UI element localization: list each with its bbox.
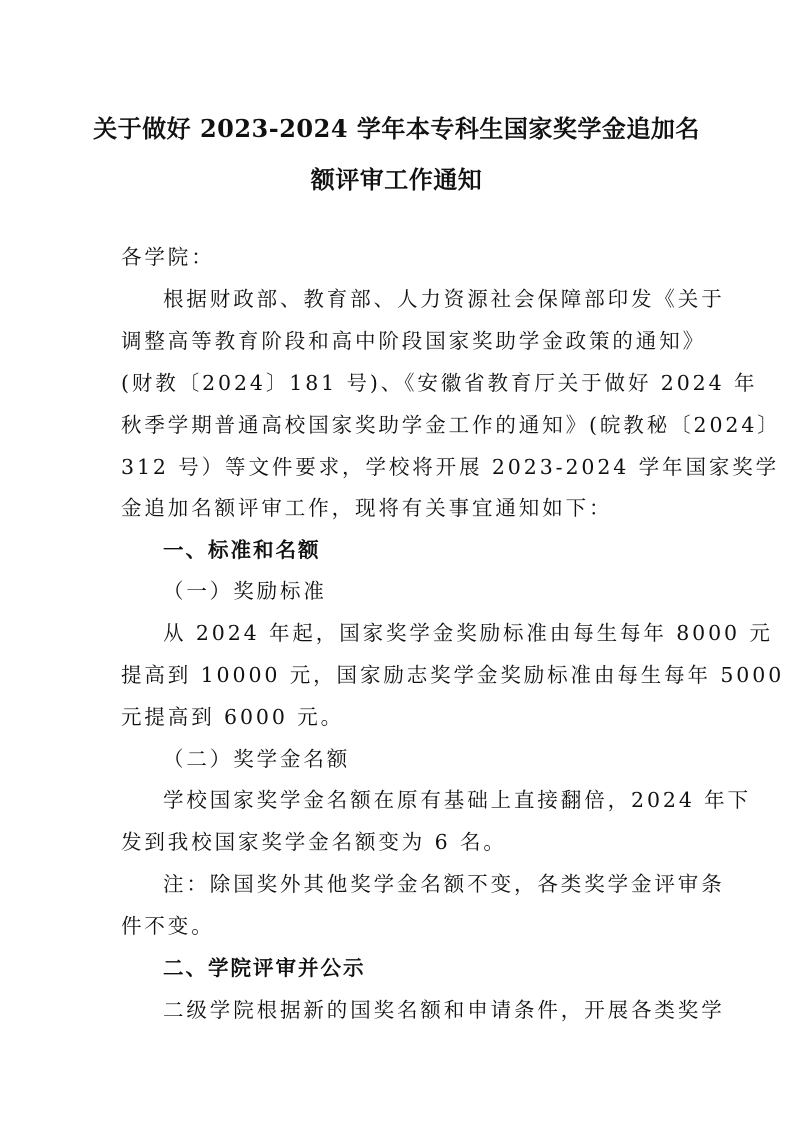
section-1-sub-2-line-1: 学校国家奖学金名额在原有基础上直接翻倍，2024 年下 — [163, 786, 751, 814]
intro-line-5: 312 号）等文件要求，学校将开展 2023-2024 学年国家奖学 — [121, 453, 779, 481]
section-1-note-line-1: 注：除国奖外其他奖学金名额不变，各类奖学金评审条 — [163, 870, 725, 898]
intro-line-1: 根据财政部、教育部、人力资源社会保障部印发《关于 — [163, 285, 725, 313]
document-title-line-2: 额评审工作通知 — [0, 164, 793, 196]
section-1-sub-2-heading: （二）奖学金名额 — [163, 745, 350, 773]
intro-line-2: 调整高等教育阶段和高中阶段国家奖助学金政策的通知》 — [121, 327, 706, 355]
section-2-line-1: 二级学院根据新的国奖名额和申请条件，开展各类奖学 — [163, 996, 725, 1024]
section-1-sub-1-heading: （一）奖励标准 — [163, 577, 327, 605]
document-title-line-1: 关于做好 2023-2024 学年本专科生国家奖学金追加名 — [0, 113, 793, 145]
section-1-note-line-2: 件不变。 — [121, 912, 215, 940]
intro-line-6: 金追加名额评审工作，现将有关事宜通知如下： — [121, 494, 612, 522]
salutation: 各学院： — [121, 243, 215, 271]
section-1-sub-1-line-3: 元提高到 6000 元。 — [121, 703, 344, 731]
section-1-sub-2-line-2: 发到我校国家奖学金名额变为 6 名。 — [121, 828, 507, 856]
section-1-sub-1-line-2: 提高到 10000 元，国家励志奖学金奖励标准由每生每年 5000 — [121, 661, 784, 689]
section-1-sub-1-line-1: 从 2024 年起，国家奖学金奖励标准由每生每年 8000 元 — [163, 619, 773, 647]
section-1-heading: 一、标准和名额 — [163, 536, 321, 564]
intro-line-3: (财教〔2024〕181 号)、《安徽省教育厅关于做好 2024 年 — [121, 369, 757, 397]
document-page: 关于做好 2023-2024 学年本专科生国家奖学金追加名 额评审工作通知 各学… — [0, 0, 793, 1122]
section-2-heading: 二、学院评审并公示 — [163, 954, 366, 982]
intro-line-4: 秋季学期普通高校国家奖助学金工作的通知》(皖教秘〔2024〕 — [121, 411, 781, 439]
